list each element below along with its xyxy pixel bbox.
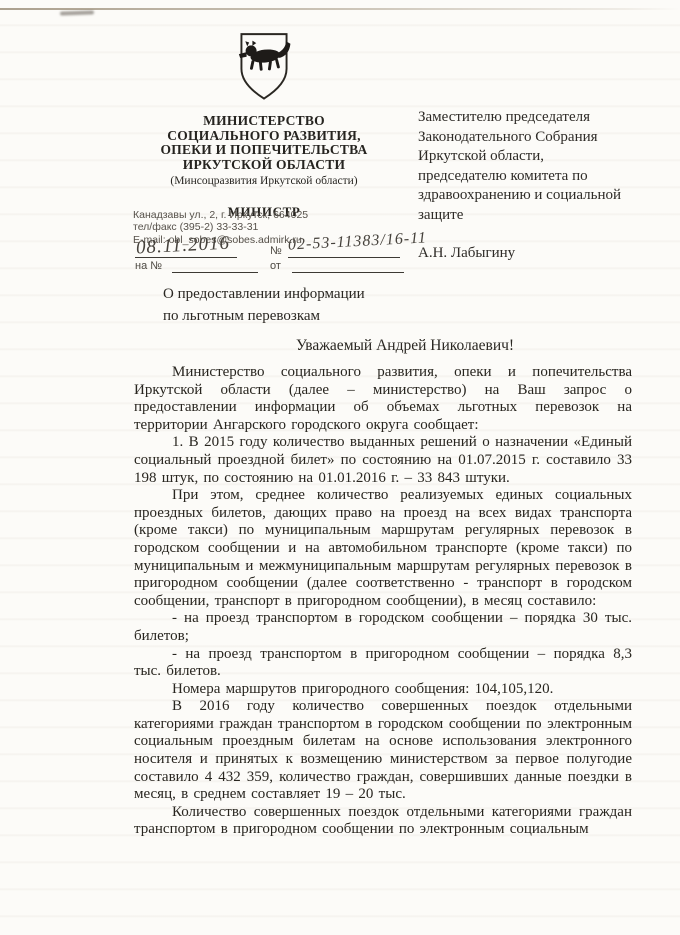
reply-to-underline [172,272,258,273]
handwritten-date: 08.11.2016 [135,233,230,260]
letter-body: Министерство социального развития, опеки… [134,364,632,839]
reply-to-label: на № [135,260,162,272]
subject-line-2: по льготным перевозкам [163,305,483,327]
recipient-block: Заместителю председателя Законодательног… [418,108,644,264]
scan-smudge-artifact [60,10,94,15]
body-paragraph: Министерство социального развития, опеки… [134,364,632,434]
body-paragraph: Количество совершенных поездок отдельным… [134,804,632,839]
recipient-line: здравоохранению и социальной [418,186,644,206]
from-underline [292,272,404,273]
org-name-line-2: СОЦИАЛЬНОГО РАЗВИТИЯ, [126,129,402,144]
recipient-name: А.Н. Лабыгину [418,244,644,264]
recipient-line: председателю комитета по [418,167,644,187]
phone-line: тел/факс (395-2) 33-33-31 [133,221,373,233]
recipient-line: защите [418,206,644,226]
number-underline [288,257,400,258]
org-short-name: (Минсоцразвития Иркутской области) [126,175,402,188]
body-paragraph: 1. В 2015 году количество выданных решен… [134,434,632,487]
from-label: от [270,260,281,272]
org-name-line-1: МИНИСТЕРСТВО [126,114,402,129]
salutation: Уважаемый Андрей Николаевич! [296,337,514,355]
subject-block: О предоставлении информации по льготным … [163,283,483,327]
scan-edge-artifact [0,8,680,10]
address-line: Канадзавы ул., 2, г. Иркутск, 664025 [133,209,373,221]
body-paragraph: При этом, среднее количество реализуемых… [134,487,632,610]
scanned-letter-page: МИНИСТЕРСТВО СОЦИАЛЬНОГО РАЗВИТИЯ, ОПЕКИ… [0,0,680,935]
body-paragraph: - на проезд транспортом в пригородном со… [134,646,632,681]
body-paragraph: В 2016 году количество совершенных поезд… [134,698,632,804]
recipient-line: Иркутской области, [418,147,644,167]
number-label: № [270,245,282,257]
body-paragraph: - на проезд транспортом в городском сооб… [134,610,632,645]
org-name-line-4: ИРКУТСКОЙ ОБЛАСТИ [126,158,402,173]
irkutsk-oblast-coat-of-arms-icon [235,28,293,111]
date-underline [135,257,237,258]
recipient-line: Заместителю председателя [418,108,644,128]
org-name-line-3: ОПЕКИ И ПОПЕЧИТЕЛЬСТВА [126,143,402,158]
letterhead: МИНИСТЕРСТВО СОЦИАЛЬНОГО РАЗВИТИЯ, ОПЕКИ… [126,28,402,220]
recipient-line: Законодательного Собрания [418,128,644,148]
body-paragraph: Номера маршрутов пригородного сообщения:… [134,681,632,699]
subject-line-1: О предоставлении информации [163,283,483,305]
